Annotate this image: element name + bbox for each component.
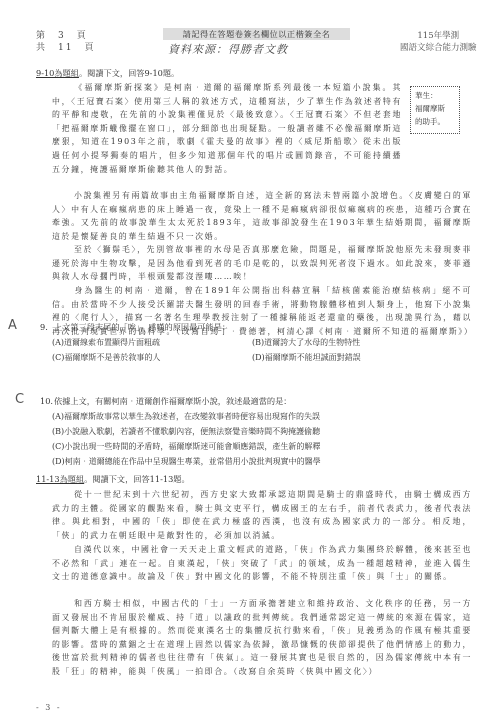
- section-instruction: 。閱讀下文，回答9-10題。: [79, 68, 179, 78]
- q9-option-c[interactable]: (C)福爾摩斯不是善於敘事的人: [52, 351, 160, 365]
- exam-title: 115年學測 國語文綜合能力測驗: [400, 30, 477, 54]
- note-line: 福爾摩斯: [415, 102, 455, 115]
- q10-option-b[interactable]: (B)小說融入歌劇，若讀者不懂歌劇內容，便無法察覺音樂時間不夠掩護偷聽: [52, 425, 320, 439]
- question-text: 上文第三段末尾的「唉」，感嘆的原因最可能是：: [54, 322, 230, 332]
- page-info: 第 3 頁 共 11 頁: [36, 30, 95, 54]
- section-title-9-10: 9-10為題組。閱讀下文，回答9-10題。: [36, 68, 179, 79]
- q10-option-d[interactable]: (D)柯南‧道爾總能在作品中呈現醫生專業，並常借用小說批判現實中的醫學: [52, 455, 321, 469]
- passage2-paragraph-2: 自漢代以來，中國社會一天天走上重文輕武的道路，「俠」作為武力集團終於解體，後來甚…: [52, 543, 472, 584]
- q10-option-a[interactable]: (A)福爾摩斯故事常以華生為敘述者，在改變敘事者時便容易出現寫作的失誤: [52, 410, 320, 424]
- handwritten-answer-mark: C: [15, 392, 24, 407]
- paragraph-text: 至於〈獅鬃毛〉，先別管故事裡的水母是否真那麼危險，問題是，福爾摩斯說他原先未發現…: [52, 245, 472, 281]
- note-line: 華生：: [415, 89, 455, 102]
- paragraph-text: 從十一世紀末到十六世紀初，西方史家大致都承認這期間是騎士的鼎盛時代，由騎士構成西…: [52, 490, 472, 540]
- paragraph-text: 自漢代以來，中國社會一天天走上重文輕武的道路，「俠」作為武力集團終於解體，後來甚…: [52, 545, 472, 581]
- section-range: 9-10為題組: [36, 68, 79, 78]
- question-number: 9.: [40, 320, 54, 334]
- note-line: 的助手。: [415, 115, 455, 128]
- signature-notice: 請記得在答題卷簽名欄位以正楷簽全名: [163, 28, 350, 40]
- q10-option-c[interactable]: (C)小說出現一些時間的矛盾時，福爾摩斯迷可能會順應錯誤，產生新的解釋: [52, 440, 320, 454]
- passage1-paragraph-2: 小說集裡另有兩篇故事由主角福爾摩斯自述，這全新的寫法未替兩篇小說增色。〈皮膚變白…: [52, 189, 472, 243]
- handwritten-answer-mark: A: [8, 318, 17, 333]
- q9-option-b[interactable]: (B)道爾誇大了水母的生物特性: [252, 336, 360, 350]
- question-text: 依據上文，有關柯南‧道爾創作福爾摩斯小說，敘述最適當的是：: [54, 396, 291, 406]
- paragraph-text: 小說集裡另有兩篇故事由主角福爾摩斯自述，這全新的寫法未替兩篇小說增色。〈皮膚變白…: [52, 191, 472, 241]
- question-10-stem: 10.依據上文，有關柯南‧道爾創作福爾摩斯小說，敘述最適當的是：: [40, 394, 291, 408]
- section-instruction: 。閱讀下文，回答11-13題。: [84, 474, 189, 484]
- handwritten-source: 資料來源：得勝者文教: [168, 41, 288, 57]
- page-total-label: 共 11 頁: [36, 42, 95, 54]
- passage1-paragraph-1: 《福爾摩斯新探案》是柯南‧道爾的福爾摩斯系列最後一本短篇小說集。其中，〈王冠寶石…: [52, 81, 402, 176]
- exam-year: 115年學測: [400, 30, 477, 42]
- q9-option-d[interactable]: (D)福爾摩斯不能坦誠面對錯誤: [252, 351, 361, 365]
- paragraph-text: 《福爾摩斯新探案》是柯南‧道爾的福爾摩斯系列最後一本短篇小說集。其中，〈王冠寶石…: [52, 83, 402, 174]
- passage2-paragraph-1: 從十一世紀末到十六世紀初，西方史家大致都承認這期間是騎士的鼎盛時代，由騎士構成西…: [52, 488, 472, 542]
- passage2-paragraph-3: 和西方騎士相似，中國古代的「士」一方面承擔著建立和維持政治、文化秩序的任務，另一…: [52, 597, 472, 679]
- question-number: 10.: [40, 394, 54, 408]
- exam-name: 國語文綜合能力測驗: [400, 42, 477, 54]
- paragraph-text: 和西方騎士相似，中國古代的「士」一方面承擔著建立和維持政治、文化秩序的任務，另一…: [52, 599, 472, 676]
- annotation-box: 華生： 福爾摩斯 的助手。: [410, 86, 460, 134]
- question-9-stem: 9.上文第三段末尾的「唉」，感嘆的原因最可能是：: [40, 320, 230, 334]
- page-footer-number: - 3 -: [36, 703, 62, 712]
- passage1-paragraph-3: 至於〈獅鬃毛〉，先別管故事裡的水母是否真那麼危險，問題是，福爾摩斯說他原先未發現…: [52, 243, 472, 284]
- section-range: 11-13為題組: [36, 474, 84, 484]
- page-number-label: 第 3 頁: [36, 30, 95, 42]
- q9-option-a[interactable]: (A)道爾線索布置顯得片面粗疏: [52, 336, 160, 350]
- section-title-11-13: 11-13為題組。閱讀下文，回答11-13題。: [36, 474, 190, 485]
